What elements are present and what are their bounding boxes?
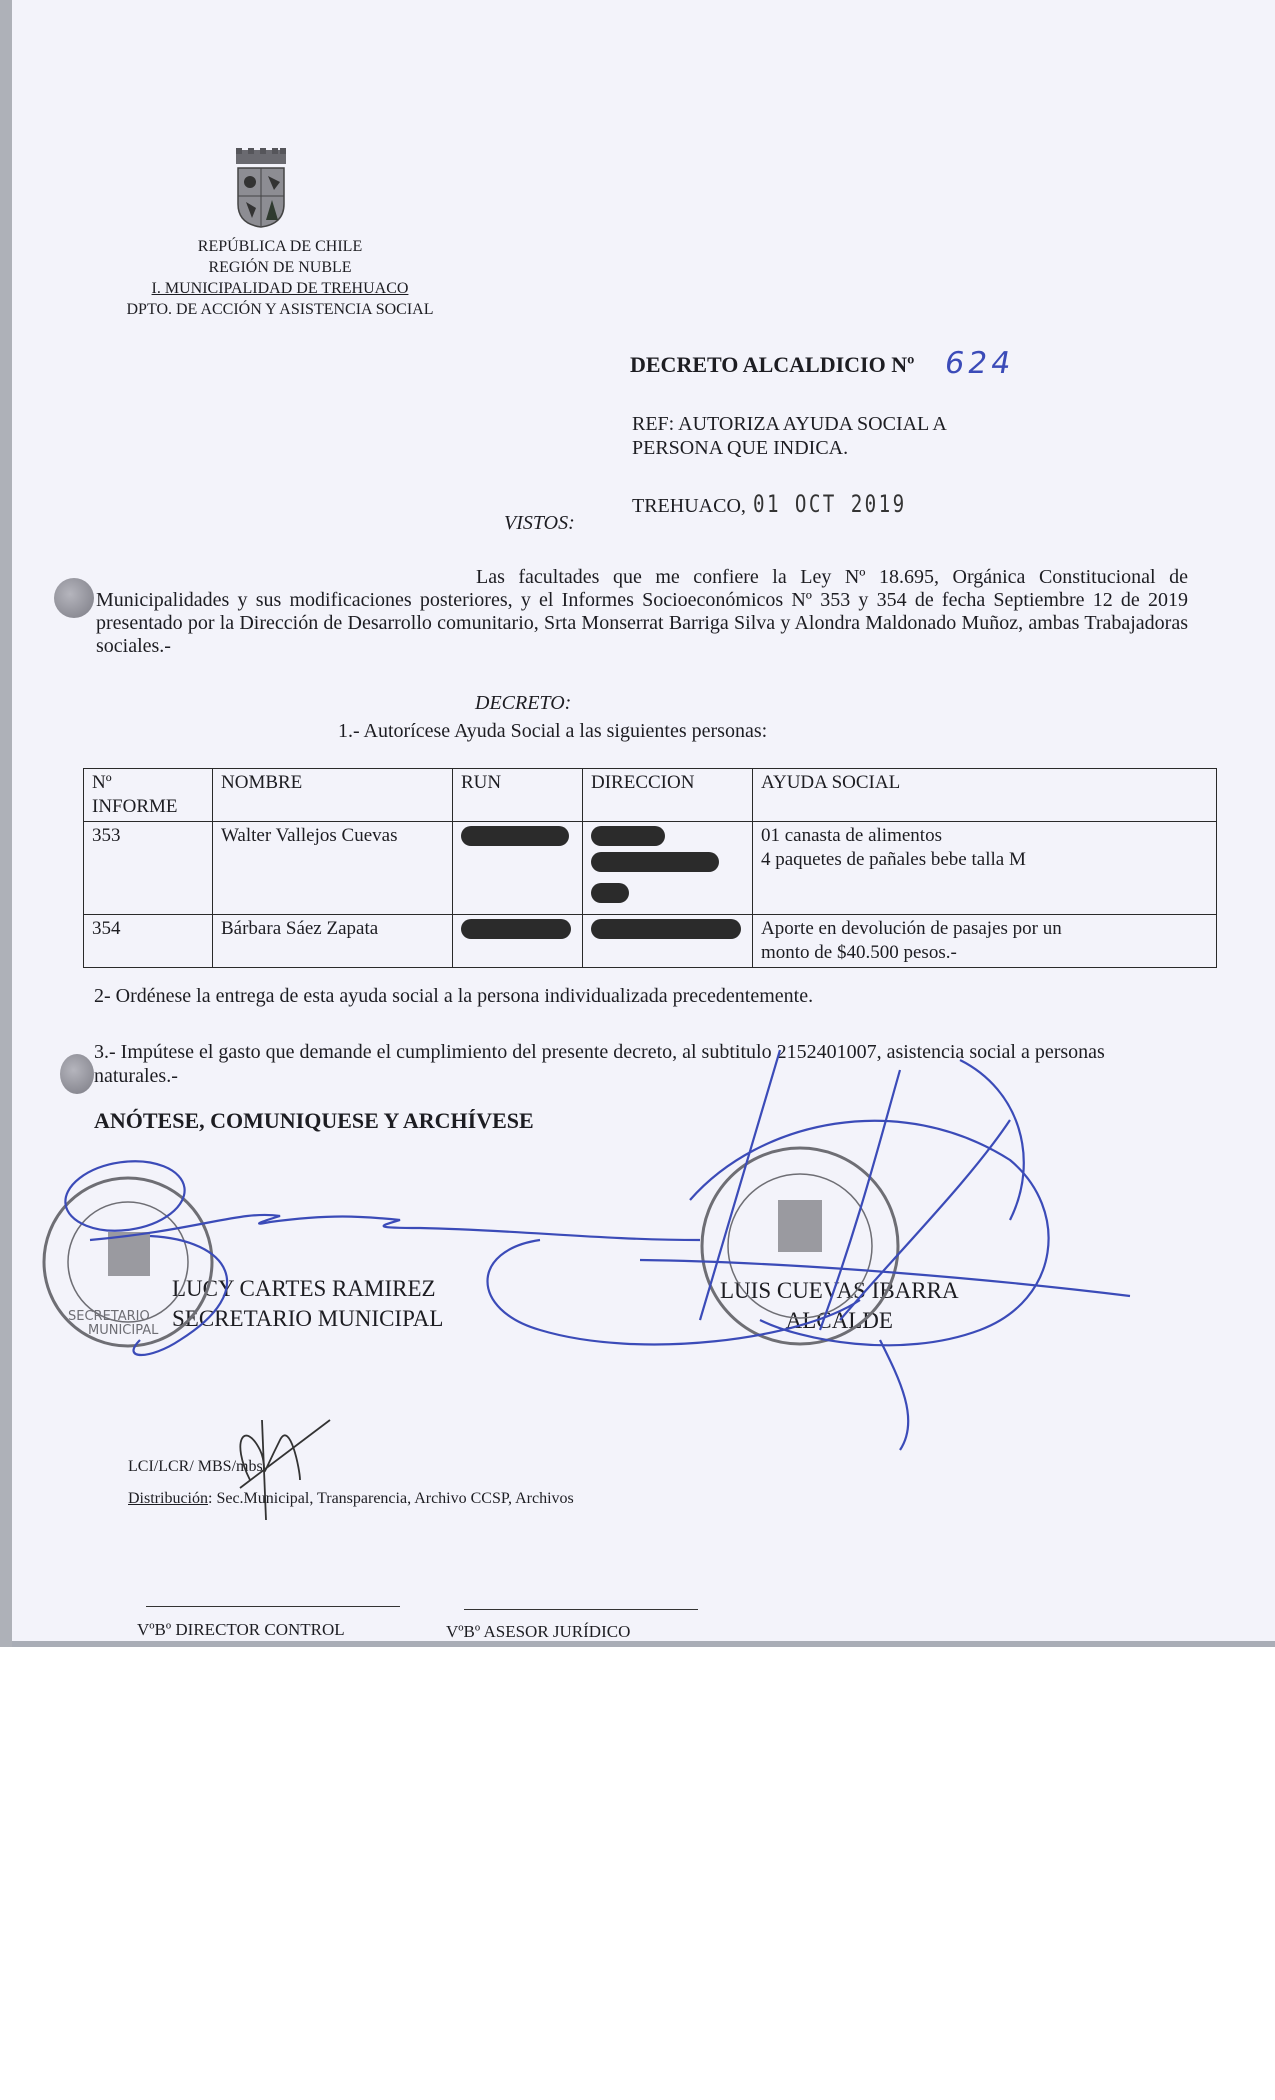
decreto-item-3: 3.- Impútese el gasto que demande el cum… [94, 1040, 1186, 1088]
redaction-bar [591, 883, 629, 903]
header-run: RUN [453, 769, 583, 822]
punch-hole [54, 578, 94, 618]
signature-block-mayor: LUIS CUEVAS IBARRA ALCALDE [720, 1276, 959, 1336]
cell-ayuda: 01 canasta de alimentos 4 paquetes de pa… [753, 822, 1217, 915]
table-row: 354 Bárbara Sáez Zapata [redacted] [reda… [84, 915, 1217, 968]
distribution-recipients: : Sec.Municipal, Transparencia, Archivo … [208, 1490, 574, 1507]
ayuda-line-1: Aporte en devolución de pasajes por un [761, 917, 1208, 941]
cell-run: [redacted] [453, 915, 583, 968]
header-informe: Nº INFORME [84, 769, 213, 822]
ayuda-line-2: monto de $40.500 pesos.- [761, 941, 1208, 965]
decreto-item-2: 2- Ordénese la entrega de esta ayuda soc… [94, 985, 813, 1008]
header-direccion: DIRECCION [583, 769, 753, 822]
header-ayuda: AYUDA SOCIAL [753, 769, 1217, 822]
scanner-edge [0, 0, 12, 1647]
mayor-name: LUIS CUEVAS IBARRA [720, 1276, 959, 1306]
cell-direccion: [redacted] [583, 915, 753, 968]
redaction-bar: [redacted] [591, 919, 741, 939]
decreto-item-1: 1.- Autorícese Ayuda Social a las siguie… [338, 720, 767, 743]
ayuda-line-2: 4 paquetes de pañales bebe talla M [761, 848, 1208, 872]
letterhead-region: REGIÓN DE NUBLE [120, 257, 440, 278]
vb-director-control: VºBº DIRECTOR CONTROL [137, 1620, 345, 1640]
header-informe-line-1: Nº [92, 771, 204, 795]
distribution-list: Distribución: Sec.Municipal, Transparenc… [128, 1490, 574, 1508]
mayor-title: ALCALDE [720, 1306, 959, 1336]
table-row: 353 Walter Vallejos Cuevas [redacted] [r… [84, 822, 1217, 915]
header-nombre: NOMBRE [213, 769, 453, 822]
decree-number-handwritten: 624 [942, 346, 1017, 381]
secretary-title: SECRETARIO MUNICIPAL [172, 1304, 443, 1334]
decree-title: DECRETO ALCALDICIO Nº [630, 352, 914, 378]
table-header-row: Nº INFORME NOMBRE RUN DIRECCION AYUDA SO… [84, 769, 1217, 822]
signature-line-juridico [464, 1609, 698, 1610]
redaction-bar [591, 852, 719, 872]
cell-direccion: [redacted] [583, 822, 753, 915]
letterhead-country: REPÚBLICA DE CHILE [120, 236, 440, 257]
redaction-bar: [redacted] [461, 826, 569, 846]
reference-line-2: PERSONA QUE INDICA. [632, 436, 1052, 460]
cell-ayuda: Aporte en devolución de pasajes por un m… [753, 915, 1217, 968]
signature-block-secretary: LUCY CARTES RAMIREZ SECRETARIO MUNICIPAL [172, 1274, 443, 1334]
secretary-name: LUCY CARTES RAMIREZ [172, 1274, 443, 1304]
city-label: TREHUACO, [632, 495, 746, 517]
cell-nombre: Bárbara Sáez Zapata [213, 915, 453, 968]
letterhead-municipality: I. MUNICIPALIDAD DE TREHUACO [120, 278, 440, 299]
letterhead-department: DPTO. DE ACCIÓN Y ASISTENCIA SOCIAL [120, 299, 440, 320]
letterhead: REPÚBLICA DE CHILE REGIÓN DE NUBLE I. MU… [120, 236, 440, 320]
signature-line-control [146, 1606, 400, 1607]
vistos-paragraph: Las facultades que me confiere la Ley Nº… [96, 566, 1188, 658]
redaction-bar: [redacted] [591, 826, 665, 846]
decreto-heading: DECRETO: [475, 692, 571, 715]
cell-informe: 353 [84, 822, 213, 915]
vb-asesor-juridico: VºBº ASESOR JURÍDICO [446, 1622, 630, 1642]
distribution-label: Distribución [128, 1490, 208, 1507]
reference-line-1: REF: AUTORIZA AYUDA SOCIAL A [632, 412, 1052, 436]
city-date: TREHUACO, 01 OCT 2019 [632, 490, 945, 518]
reference-initials: LCI/LCR/ MBS/mbs [128, 1458, 263, 1476]
cell-informe: 354 [84, 915, 213, 968]
header-informe-line-2: INFORME [92, 795, 204, 819]
municipal-coat-of-arms-icon [232, 148, 290, 228]
decree-reference: REF: AUTORIZA AYUDA SOCIAL A PERSONA QUE… [632, 412, 1052, 460]
closing-formula: ANÓTESE, COMUNIQUESE Y ARCHÍVESE [94, 1108, 534, 1134]
vistos-heading: VISTOS: [504, 512, 575, 535]
ayuda-line-1: 01 canasta de alimentos [761, 824, 1208, 848]
cell-run: [redacted] [453, 822, 583, 915]
aid-table: Nº INFORME NOMBRE RUN DIRECCION AYUDA SO… [83, 768, 1217, 968]
date-stamp: 01 OCT 2019 [753, 490, 907, 518]
redaction-bar: [redacted] [461, 919, 571, 939]
cell-nombre: Walter Vallejos Cuevas [213, 822, 453, 915]
punch-hole [60, 1054, 94, 1094]
